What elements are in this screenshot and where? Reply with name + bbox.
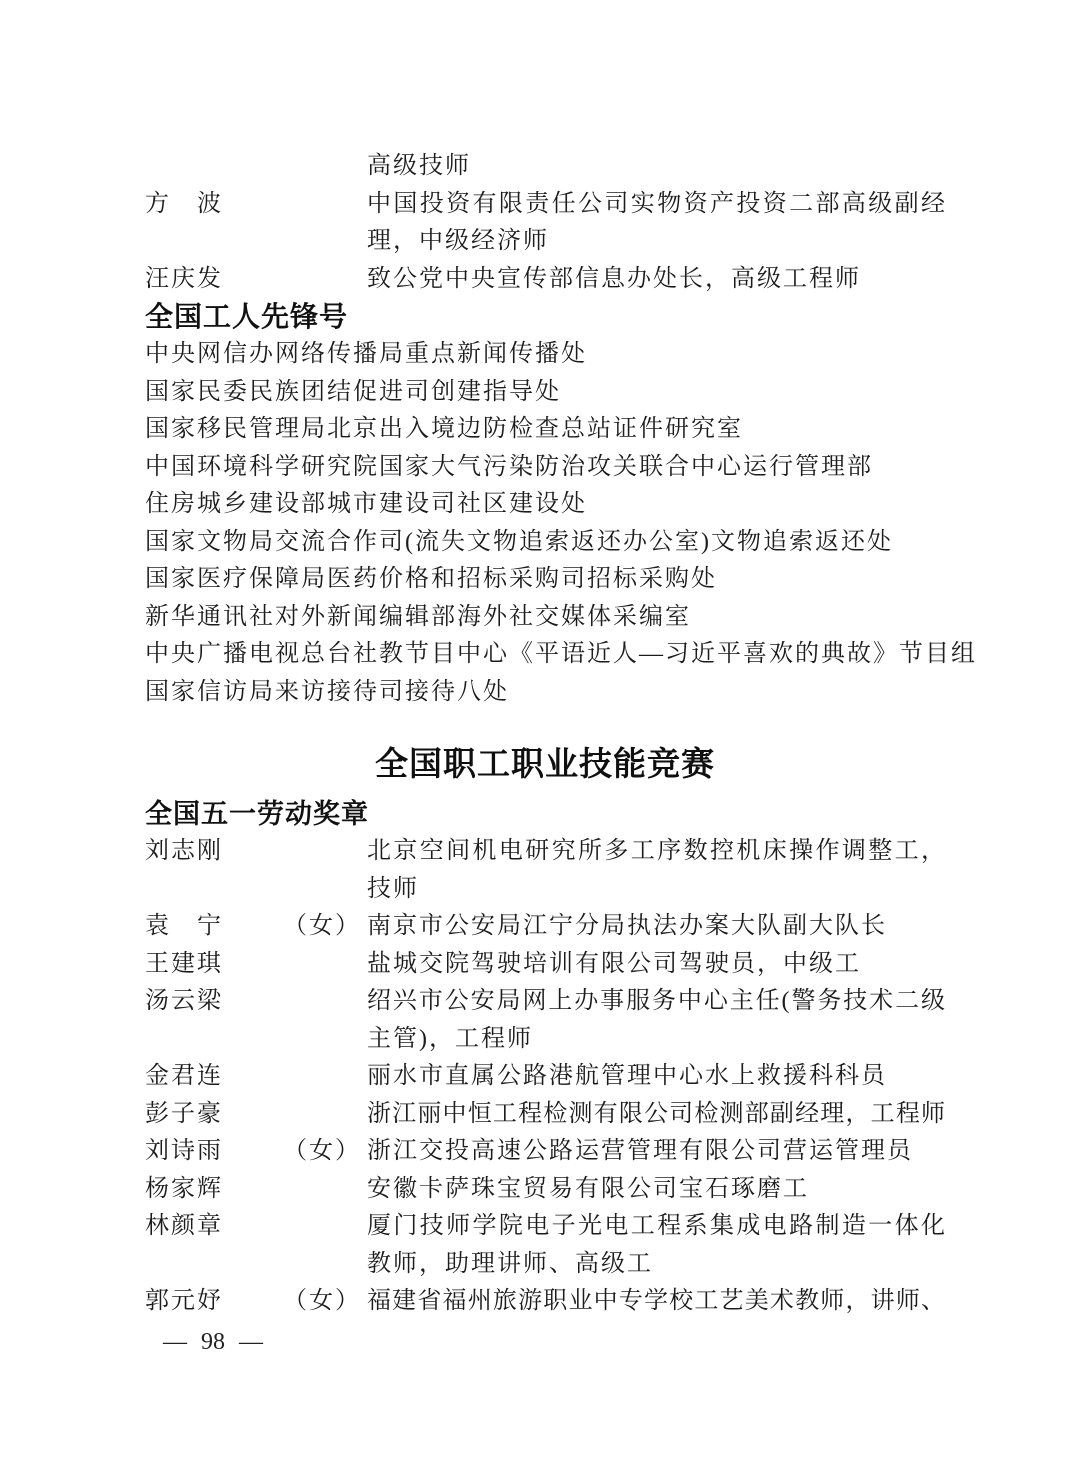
awardee-name: 杨家辉 — [145, 1171, 283, 1209]
footer-dash-left: — — [163, 1327, 187, 1357]
award-entry-row: 林颜章 厦门技师学院电子光电工程系集成电路制造一体化 教师，助理讲师、高级工 — [145, 1208, 945, 1283]
award-entry-row: 杨家辉 安徽卡萨珠宝贸易有限公司宝石琢磨工 — [145, 1171, 945, 1209]
document-title: 全国职工职业技能竞赛 — [145, 741, 945, 789]
continuation-line: 高级技师 — [367, 148, 945, 186]
description-line: 安徽卡萨珠宝贸易有限公司宝石琢磨工 — [367, 1171, 945, 1209]
description-line: 中国投资有限责任公司实物资产投资二部高级副经 — [367, 186, 945, 224]
description-line: 教师，助理讲师、高级工 — [367, 1246, 945, 1284]
section-heading-pioneer: 全国工人先锋号 — [145, 298, 945, 336]
org-list-item: 中央网信办网络传播局重点新闻传播处 — [145, 336, 945, 374]
continuation-row: 高级技师 — [145, 148, 945, 186]
awardee-name: 袁 宁 — [145, 908, 283, 946]
awardee-name: 金君连 — [145, 1058, 283, 1096]
awardee-name: 刘诗雨 — [145, 1133, 283, 1171]
org-list-item: 国家信访局来访接待司接待八处 — [145, 674, 945, 712]
gender-label: （女） — [283, 1288, 361, 1314]
description-line: 致公党中央宣传部信息办处长，高级工程师 — [367, 261, 945, 299]
description-line: 主管)，工程师 — [367, 1021, 945, 1059]
org-list-item: 国家民委民族团结促进司创建指导处 — [145, 374, 945, 412]
org-list-item: 国家文物局交流合作司(流失文物追索返还办公室)文物追索返还处 — [145, 524, 945, 562]
gender-label: （女） — [283, 1138, 361, 1164]
awardee-name: 林颜章 — [145, 1208, 283, 1246]
awardee-name: 刘志刚 — [145, 833, 283, 871]
award-entry-row: 金君连 丽水市直属公路港航管理中心水上救援科科员 — [145, 1058, 945, 1096]
org-list-item: 住房城乡建设部城市建设司社区建设处 — [145, 486, 945, 524]
org-list-item: 中国环境科学研究院国家大气污染防治攻关联合中心运行管理部 — [145, 449, 945, 487]
description-line: 浙江交投高速公路运营管理有限公司营运管理员 — [367, 1133, 945, 1171]
awardee-name: 王建琪 — [145, 946, 283, 984]
description-line: 理，中级经济师 — [367, 223, 945, 261]
award-entry-row: 汤云梁 绍兴市公安局网上办事服务中心主任(警务技术二级 主管)，工程师 — [145, 983, 945, 1058]
award-entry-row: 刘诗雨（女） 浙江交投高速公路运营管理有限公司营运管理员 — [145, 1133, 945, 1171]
org-list-item: 新华通讯社对外新闻编辑部海外社交媒体采编室 — [145, 599, 945, 637]
award-entry-row: 袁 宁（女） 南京市公安局江宁分局执法办案大队副大队长 — [145, 908, 945, 946]
section-heading-medal: 全国五一劳动奖章 — [145, 795, 945, 833]
org-list-item: 中央广播电视总台社教节目中心《平语近人—习近平喜欢的典故》节目组 — [145, 636, 945, 674]
description-line: 浙江丽中恒工程检测有限公司检测部副经理，工程师 — [367, 1096, 945, 1134]
description-line: 厦门技师学院电子光电工程系集成电路制造一体化 — [367, 1208, 945, 1246]
document-page: 高级技师 方 波 中国投资有限责任公司实物资产投资二部高级副经 理，中级经济师 … — [0, 0, 1080, 1475]
footer-dash-right: — — [239, 1327, 263, 1357]
awardee-list: 刘志刚 北京空间机电研究所多工序数控机床操作调整工， 技师 袁 宁（女） 南京市… — [145, 833, 945, 1321]
description-line: 南京市公安局江宁分局执法办案大队副大队长 — [367, 908, 945, 946]
org-list-item: 国家医疗保障局医药价格和招标采购司招标采购处 — [145, 561, 945, 599]
awardee-name: 汪庆发 — [145, 261, 283, 299]
description-line: 绍兴市公安局网上办事服务中心主任(警务技术二级 — [367, 983, 945, 1021]
award-entry-row: 汪庆发 致公党中央宣传部信息办处长，高级工程师 — [145, 261, 945, 299]
award-entry-row: 刘志刚 北京空间机电研究所多工序数控机床操作调整工， 技师 — [145, 833, 945, 908]
page-footer: — 98 — — [163, 1327, 945, 1357]
awardee-name: 彭子豪 — [145, 1096, 283, 1134]
awardee-name: 郭元妤 — [145, 1283, 283, 1321]
description-line: 丽水市直属公路港航管理中心水上救援科科员 — [367, 1058, 945, 1096]
org-list-item: 国家移民管理局北京出入境边防检查总站证件研究室 — [145, 411, 945, 449]
award-entry-row: 王建琪 盐城交院驾驶培训有限公司驾驶员，中级工 — [145, 946, 945, 984]
awardee-name: 方 波 — [145, 186, 283, 224]
award-entry-row: 彭子豪 浙江丽中恒工程检测有限公司检测部副经理，工程师 — [145, 1096, 945, 1134]
description-line: 福建省福州旅游职业中专学校工艺美术教师，讲师、 — [367, 1283, 945, 1321]
org-list: 中央网信办网络传播局重点新闻传播处 国家民委民族团结促进司创建指导处 国家移民管… — [145, 336, 945, 711]
page-number: 98 — [201, 1327, 225, 1357]
award-entry-row: 方 波 中国投资有限责任公司实物资产投资二部高级副经 理，中级经济师 — [145, 186, 945, 261]
description-line: 盐城交院驾驶培训有限公司驾驶员，中级工 — [367, 946, 945, 984]
award-entry-row: 郭元妤（女） 福建省福州旅游职业中专学校工艺美术教师，讲师、 — [145, 1283, 945, 1321]
awardee-name: 汤云梁 — [145, 983, 283, 1021]
description-line: 北京空间机电研究所多工序数控机床操作调整工， — [367, 833, 945, 871]
gender-label: （女） — [283, 913, 361, 939]
description-line: 技师 — [367, 871, 945, 909]
